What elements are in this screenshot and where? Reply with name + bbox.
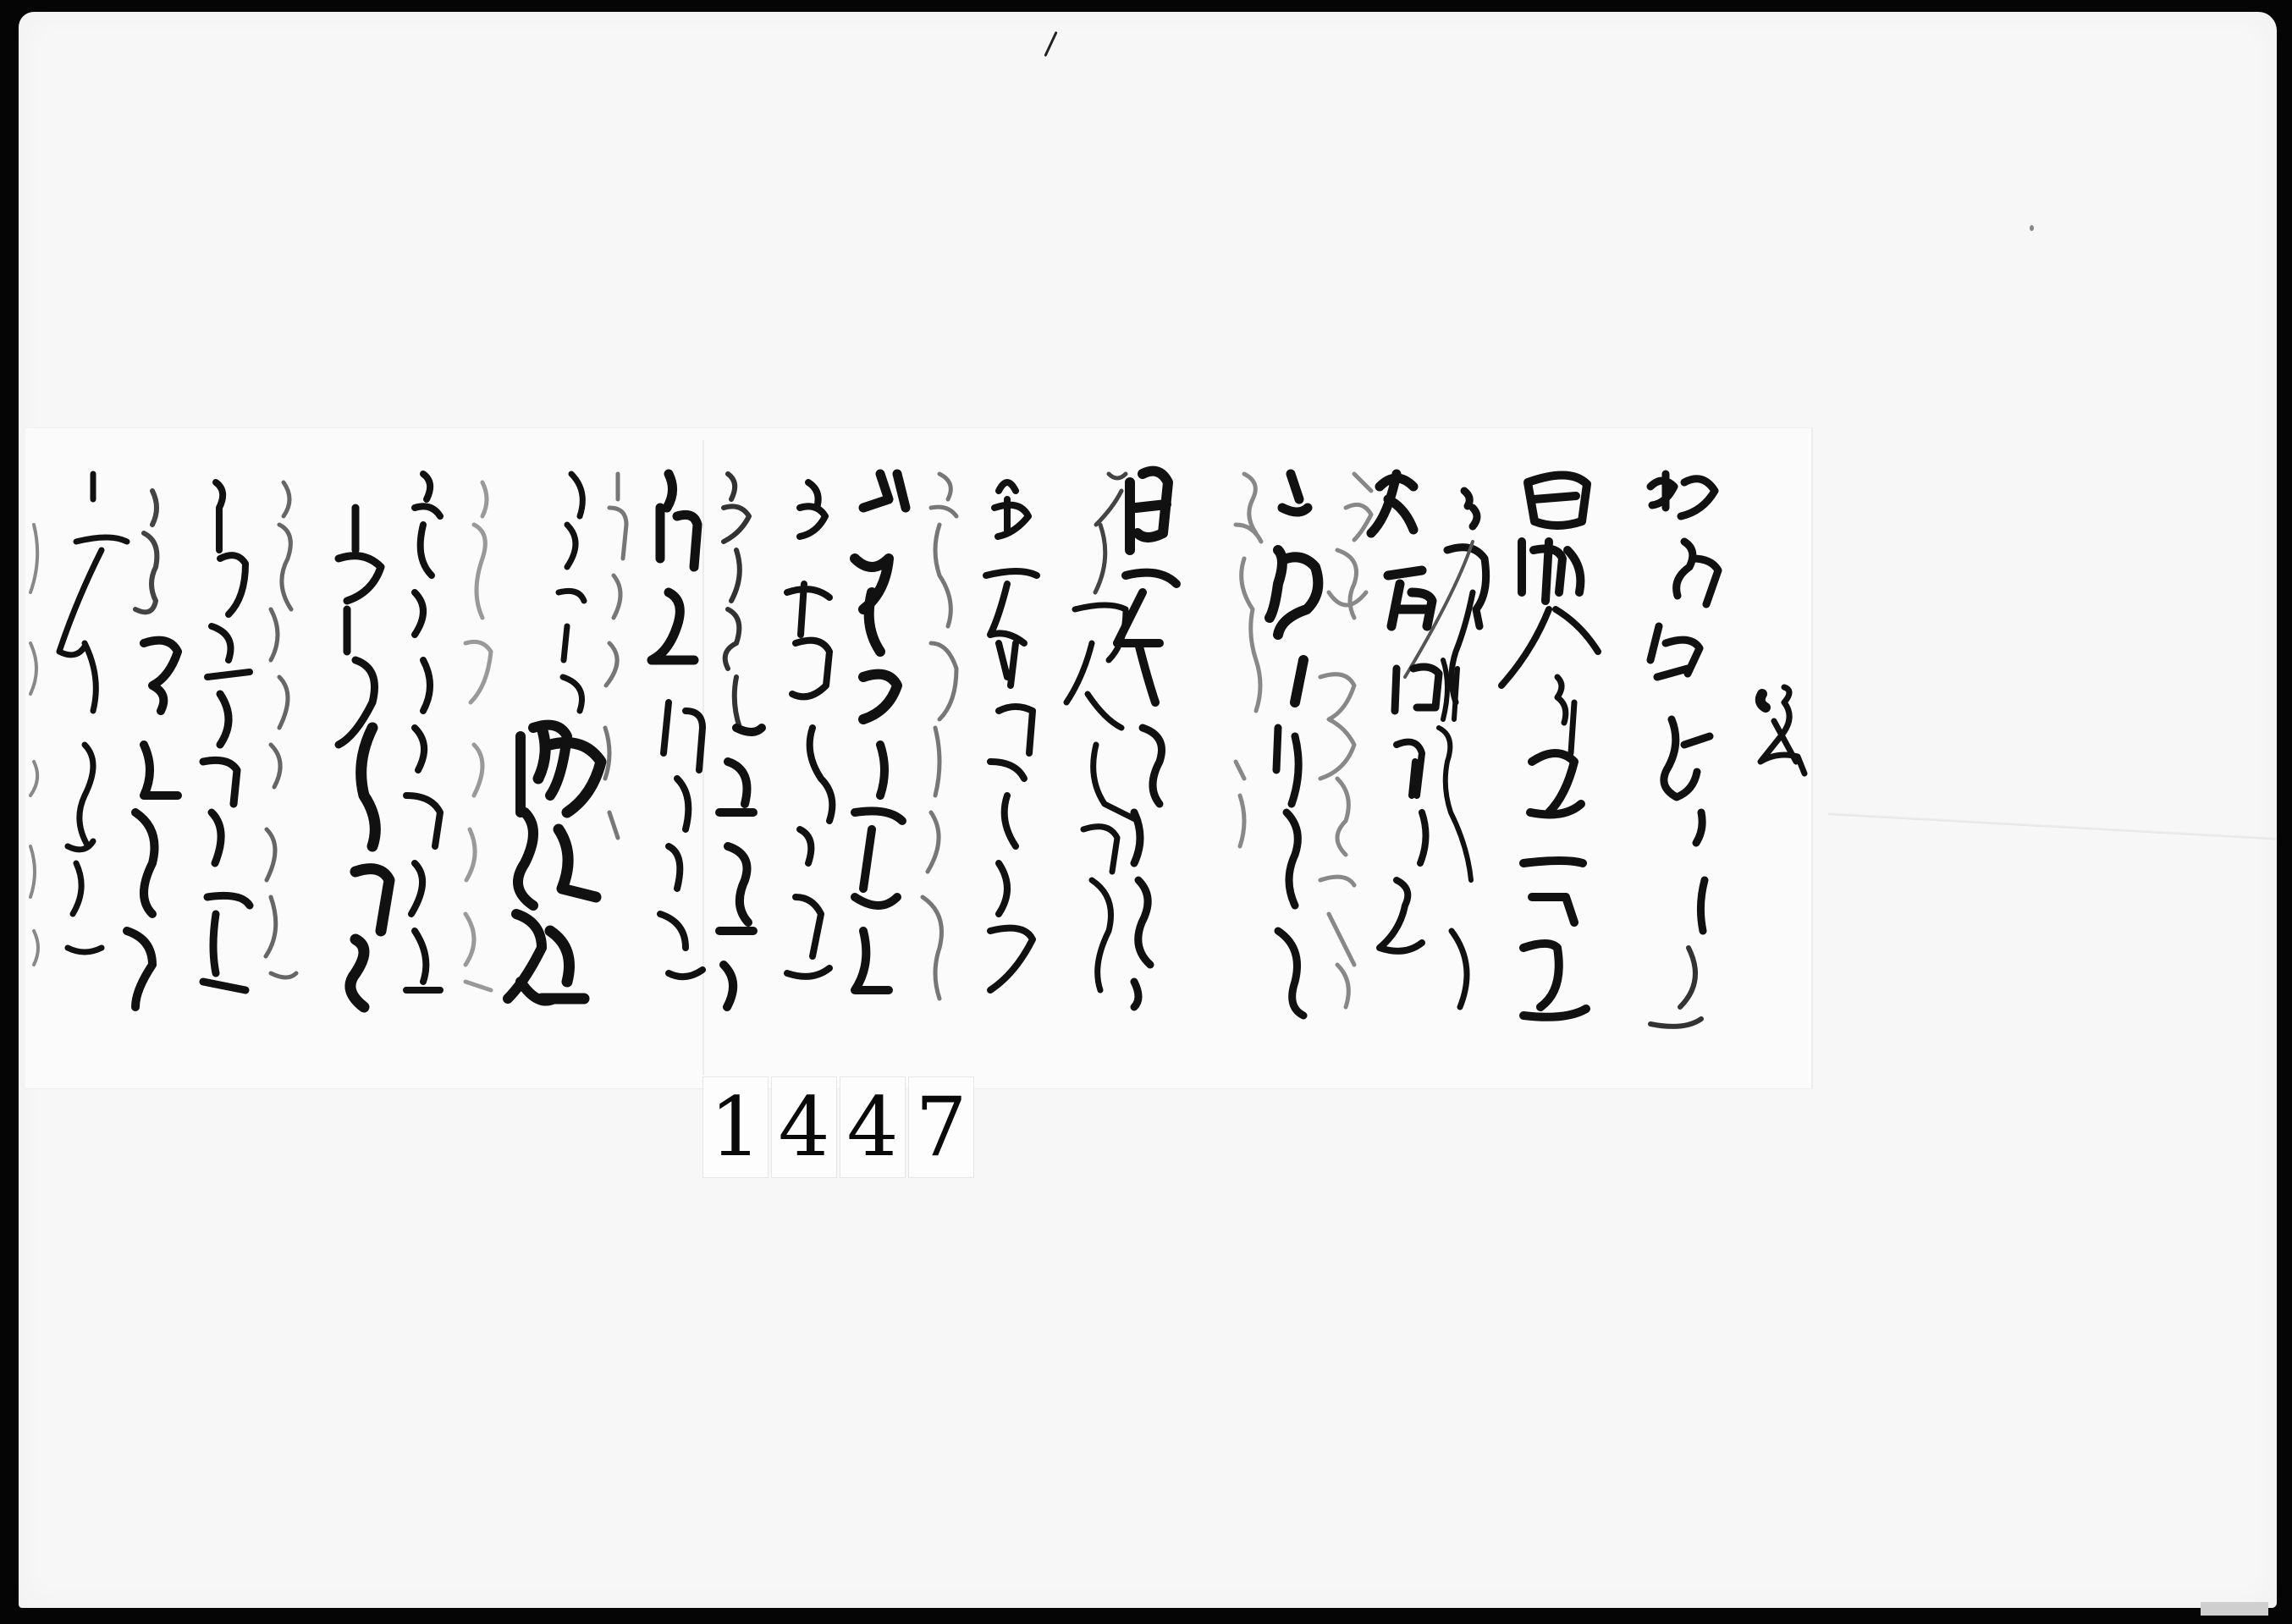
catalog-digit: 1 — [702, 1076, 769, 1178]
photo-frame: 1 4 4 7 1447 Archival photograph of a Ja… — [0, 0, 2292, 1624]
catalog-digit: 4 — [840, 1076, 906, 1178]
film-edge-label — [2201, 1602, 2268, 1616]
sheet-seam — [702, 440, 704, 1075]
letter-sheet — [25, 427, 1813, 1089]
catalog-digit: 4 — [771, 1076, 837, 1178]
catalog-number-plate: 1 4 4 7 — [702, 1076, 974, 1178]
paper-speck — [2030, 225, 2034, 231]
catalog-digit: 7 — [908, 1076, 974, 1178]
